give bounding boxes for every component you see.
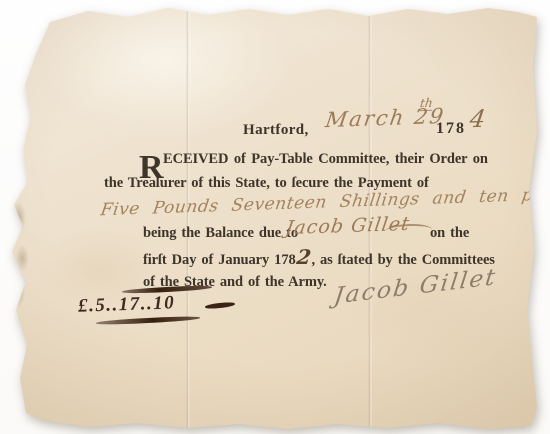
handwritten-year2-digit: 2 <box>296 249 312 265</box>
printed-year-prefix: 178 <box>436 120 466 138</box>
body-line-3-after-payee: on the <box>430 225 469 242</box>
body-line-2: the Treaſurer of this State, to ſecure t… <box>104 175 429 192</box>
handwritten-date-ordinal: th <box>419 96 434 111</box>
place-label: Hartford, <box>243 122 309 139</box>
photo-background: Hartford, March 29 th 178 4 R ECEIVED of… <box>0 0 550 434</box>
body-line-4-after-year: , as ſtated by the Committees <box>311 252 494 269</box>
payee-ink-flourish <box>386 223 433 237</box>
handwritten-signature: Jacob Gillet <box>333 264 499 309</box>
left-edge-tear <box>8 195 34 310</box>
body-line-4-before-year: firſt Day of January 178 <box>143 252 296 269</box>
handwritten-amount-figures: £.5..17..10 <box>78 292 176 317</box>
paper-shadow: Hartford, March 29 th 178 4 R ECEIVED of… <box>0 0 550 434</box>
body-line-3-before-payee: being the Balance due to <box>143 225 298 242</box>
receipt-paper: Hartford, March 29 th 178 4 R ECEIVED of… <box>0 0 550 434</box>
body-line-4: firſt Day of January 178 2 , as ſtated b… <box>143 249 495 269</box>
ink-dash-after-amount <box>205 301 235 309</box>
handwritten-year-digit: 4 <box>468 105 487 134</box>
ink-stroke-below-amount <box>96 315 200 325</box>
body-line-1: ECEIVED of Pay-Table Committee, their Or… <box>163 151 488 168</box>
